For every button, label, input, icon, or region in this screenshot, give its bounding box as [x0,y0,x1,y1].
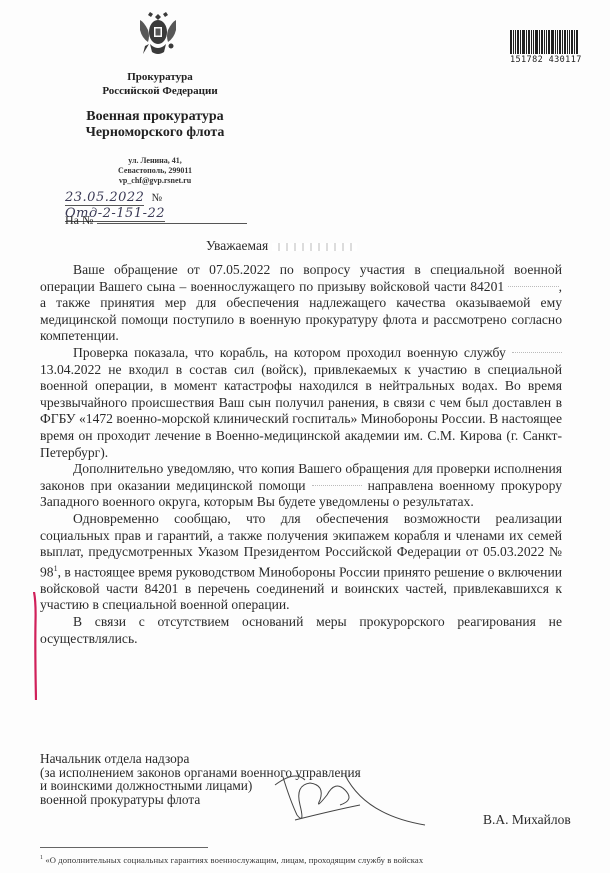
paragraph-4-text-b: , в настоящее время руководством Минобор… [40,564,562,612]
dept-line-1: Военная прокуратура [60,109,250,125]
org-line-2: Российской Федерации [60,84,260,98]
paragraph-2: Проверка показала, что корабль, на котор… [40,345,562,461]
dept-header: Военная прокуратура Черноморского флота [60,109,250,141]
paragraph-1: Ваше обращение от 07.05.2022 по вопросу … [40,262,562,345]
address-street: ул. Ленина, 41, [95,156,215,166]
reply-label: На № [65,213,93,227]
footnote-text: «О дополнительных социальных гарантиях в… [45,855,423,865]
barcode: 151782 430117 [510,30,598,66]
number-sign: № [151,192,162,204]
redacted-text: [скрыто] [512,345,562,360]
footnote-divider [40,847,208,848]
signer-title-line-1: Начальник отдела надзора [40,752,361,766]
paragraph-5: В связи с отсутствием оснований меры про… [40,614,562,647]
letter-page: Прокуратура Российской Федерации Военная… [0,0,610,873]
signer-name: В.А. Михайлов [483,812,571,828]
barcode-number: 151782 430117 [510,55,598,65]
red-pen-mark [33,592,37,700]
registration-line: 23.05.2022 № Отд-2-151-22 [65,190,265,208]
handwritten-signature [265,765,435,835]
barcode-bars [510,30,598,54]
letter-body: Ваше обращение от 07.05.2022 по вопросу … [40,262,562,647]
salutation-text: Уважаемая [206,238,268,253]
reply-blank [97,213,247,224]
redacted-text: [скрыто] [312,478,362,493]
paragraph-1-text-a: Ваше обращение от 07.05.2022 по вопросу … [40,262,562,294]
paragraph-2-text-a: Проверка показала, что корабль, на котор… [73,345,512,360]
paragraph-3: Дополнительно уведомляю, что копия Вашег… [40,461,562,511]
reply-reference-line: На № [65,213,247,228]
salutation: Уважаемая [206,238,357,254]
paragraph-4: Одновременно сообщаю, что для обеспечени… [40,511,562,614]
address-email: vp_chf@gvp.rsnet.ru [95,176,215,186]
footnote: 1 «О дополнительных социальных гарантиях… [40,853,568,866]
footnote-marker: 1 [40,855,43,861]
dept-line-2: Черноморского флота [60,125,250,141]
paragraph-2-text-b: 13.04.2022 не входил в состав сил (войск… [40,362,562,460]
registration-date: 23.05.2022 [65,190,144,206]
org-header: Прокуратура Российской Федерации [60,70,260,98]
org-line-1: Прокуратура [60,70,260,84]
coat-of-arms-icon [134,8,182,58]
redacted-text: [скрыто] [508,279,558,294]
address-block: ул. Ленина, 41, Севастополь, 299011 vp_c… [95,156,215,186]
redacted-name [272,243,357,251]
address-city: Севастополь, 299011 [95,166,215,176]
